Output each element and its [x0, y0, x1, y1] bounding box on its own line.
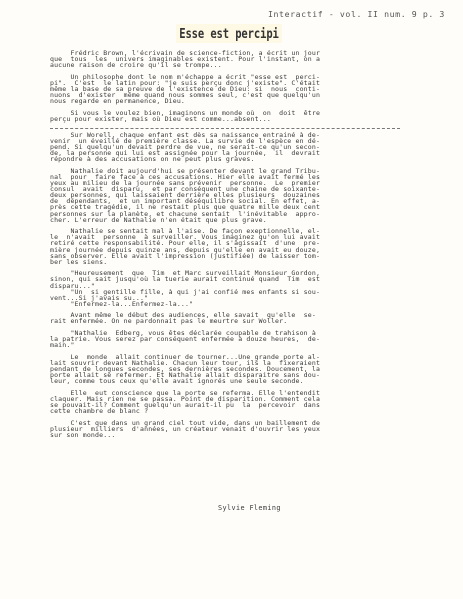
paragraph: Frédric Brown, l'écrivain de science-fic…	[50, 50, 411, 68]
text-line: répondre à des accusations on ne peut pl…	[50, 156, 411, 162]
text-line: nous regarde en permanence, Dieu.	[50, 98, 411, 104]
text-line: leur, comme tous ceux qu'elle avait igno…	[50, 378, 411, 384]
text-line: main."	[50, 342, 411, 348]
text-line: rait enfermée. On ne pardonnait pas le m…	[50, 318, 411, 324]
paragraph: Un philosophe dont le nom m'échappe a éc…	[50, 74, 411, 104]
text-line: cette chambre de blanc ?	[50, 408, 411, 414]
article-body: Frédric Brown, l'écrivain de science-fic…	[50, 50, 411, 443]
story-section: Sur Worell, chaque enfant est dès sa nai…	[50, 132, 411, 438]
paragraph: Sur Worell, chaque enfant est dès sa nai…	[50, 132, 411, 162]
running-head: Interactif - vol. II num. 9 p. 3	[268, 9, 445, 19]
section-divider	[50, 128, 400, 129]
paragraph: Si vous le voulez bien, imaginons un mon…	[50, 110, 411, 122]
text-line: cher. L'erreur de Nathalie n'en était qu…	[50, 217, 411, 223]
paragraph: Avant même le début des audiences, elle …	[50, 312, 411, 324]
paragraph: "Nathalie Edberg, vous êtes déclarée cou…	[50, 330, 411, 348]
title-highlight: Esse est percipi	[176, 24, 282, 43]
paragraph: Nathalie doit aujourd'hui se présenter d…	[50, 168, 411, 223]
text-line: "Enfermez-la...Enfermez-la..."	[50, 301, 411, 307]
intro-section: Frédric Brown, l'écrivain de science-fic…	[50, 50, 411, 122]
paragraph: Elle eut conscience que la porte se refe…	[50, 390, 411, 414]
text-line: perçu pour exister, mais où Dieu est com…	[50, 116, 411, 122]
author-signature: Sylvie Fleming	[218, 504, 281, 512]
paragraph: Nathalie se sentait mal à l'aise. De faç…	[50, 228, 411, 265]
text-line: sur son monde...	[50, 432, 411, 438]
text-line: ber les siens.	[50, 259, 411, 265]
text-line: aucune raison de croire qu'il se trompe.…	[50, 62, 411, 68]
paragraph: C'est que dans un grand ciel tout vide, …	[50, 420, 411, 438]
article-title: Esse est percipi	[179, 26, 279, 41]
paragraph: "Heureusement que Tim et Marc surveillai…	[50, 270, 411, 307]
paragraph: Le monde allait continuer de tourner...U…	[50, 354, 411, 384]
